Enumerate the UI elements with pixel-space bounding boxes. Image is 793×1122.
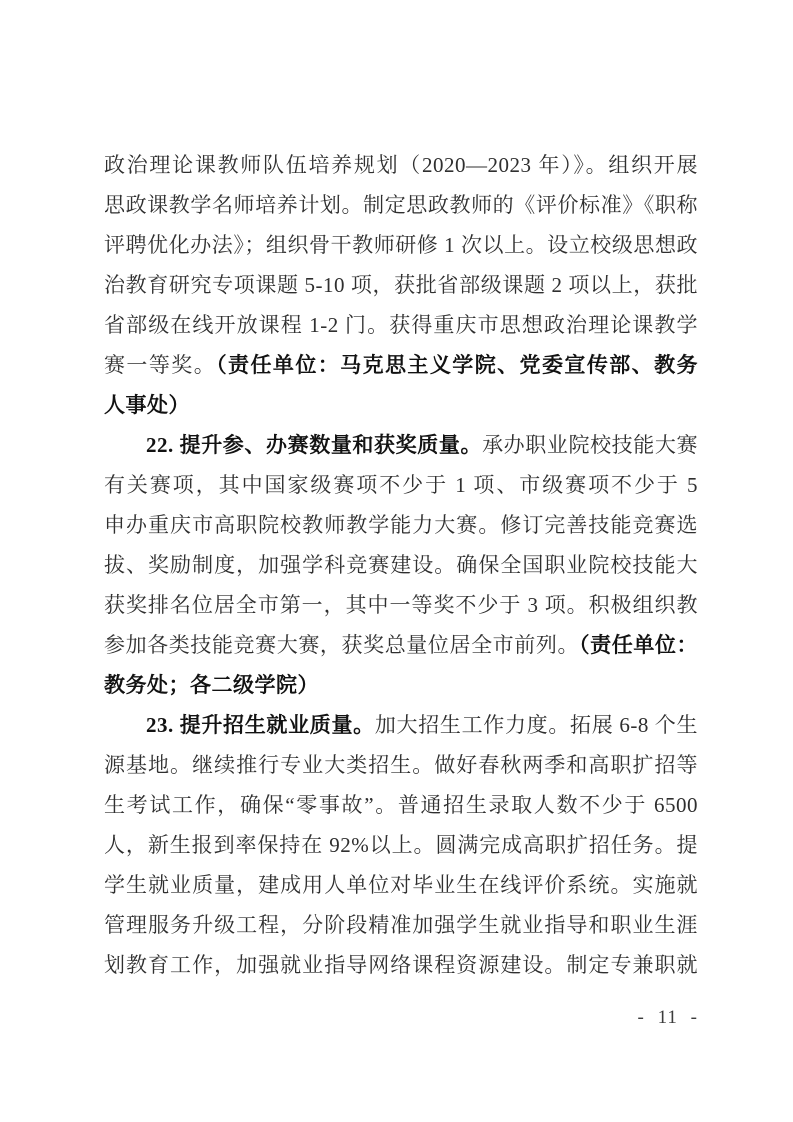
text-line: 思政课教学名师培养计划。制定思政教师的《评价标准》《职称 — [104, 185, 698, 225]
text-line: 有关赛项，其中国家级赛项不少于 1 项、市级赛项不少于 5 项。 — [104, 465, 698, 505]
text-line: 参加各类技能竞赛大赛，获奖总量位居全市前列。（责任单位： — [104, 625, 698, 665]
document-body: 政治理论课教师队伍培养规划（2020—2023 年）》。组织开展思政课教学名师培… — [104, 145, 698, 985]
page-footer: - 11 - — [638, 1004, 698, 1032]
text-segment: 加大招生工作力度。拓展 6-8 个生 — [375, 713, 698, 737]
emphasis-text-segment: 22. 提升参、办赛数量和获奖质量。 — [146, 433, 482, 457]
text-line: 学生就业质量，建成用人单位对毕业生在线评价系统。实施就业 — [104, 865, 698, 905]
text-line: 申办重庆市高职院校教师教学能力大赛。修订完善技能竞赛选 — [104, 505, 698, 545]
emphasis-text-segment: 人事处） — [104, 393, 190, 417]
text-segment: 有关赛项，其中国家级赛项不少于 1 项、市级赛项不少于 5 项。 — [104, 473, 698, 505]
text-line: 人，新生报到率保持在 92%以上。圆满完成高职扩招任务。提升 — [104, 825, 698, 865]
text-segment: 人，新生报到率保持在 92%以上。圆满完成高职扩招任务。提升 — [104, 833, 698, 865]
text-segment: 管理服务升级工程，分阶段精准加强学生就业指导和职业生涯规 — [104, 913, 698, 945]
text-line: 治教育研究专项课题 5-10 项，获批省部级课题 2 项以上，获批 — [104, 265, 698, 305]
text-segment: 生考试工作，确保“零事故”。普通招生录取人数不少于 6500 — [104, 793, 698, 817]
text-line: 划教育工作，加强就业指导网络课程资源建设。制定专兼职就业 — [104, 945, 698, 985]
text-segment: 拔、奖励制度，加强学科竞赛建设。确保全国职业院校技能大赛 — [104, 553, 698, 585]
text-line: 教务处；各二级学院） — [104, 665, 698, 705]
text-segment: 参加各类技能竞赛大赛，获奖总量位居全市前列。 — [104, 633, 579, 657]
text-line: 生考试工作，确保“零事故”。普通招生录取人数不少于 6500 — [104, 785, 698, 825]
emphasis-text-segment: 23. 提升招生就业质量。 — [146, 713, 375, 737]
text-segment: 获奖排名位居全市第一，其中一等奖不少于 3 项。积极组织教师 — [104, 593, 698, 625]
document-page: 政治理论课教师队伍培养规划（2020—2023 年）》。组织开展思政课教学名师培… — [0, 0, 793, 1122]
text-line: 评聘优化办法》；组织骨干教师研修 1 次以上。设立校级思想政 — [104, 225, 698, 265]
text-line: 源基地。继续推行专业大类招生。做好春秋两季和高职扩招等招 — [104, 745, 698, 785]
text-line: 获奖排名位居全市第一，其中一等奖不少于 3 项。积极组织教师 — [104, 585, 698, 625]
text-segment: 政治理论课教师队伍培养规划（2020—2023 年）》。组织开展 — [104, 153, 698, 177]
text-line: 人事处） — [104, 385, 698, 425]
text-segment: 思政课教学名师培养计划。制定思政教师的《评价标准》《职称 — [104, 193, 698, 217]
text-segment: 划教育工作，加强就业指导网络课程资源建设。制定专兼职就业 — [104, 953, 698, 985]
text-segment: 申办重庆市高职院校教师教学能力大赛。修订完善技能竞赛选 — [104, 513, 698, 537]
text-segment: 承办职业院校技能大赛 — [482, 433, 698, 457]
text-segment: 源基地。继续推行专业大类招生。做好春秋两季和高职扩招等招 — [104, 753, 698, 785]
text-line: 政治理论课教师队伍培养规划（2020—2023 年）》。组织开展 — [104, 145, 698, 185]
text-segment: 治教育研究专项课题 5-10 项，获批省部级课题 2 项以上，获批 — [104, 273, 698, 297]
emphasis-text-segment: 教务处；各二级学院） — [104, 673, 319, 697]
text-line: 拔、奖励制度，加强学科竞赛建设。确保全国职业院校技能大赛 — [104, 545, 698, 585]
text-line: 22. 提升参、办赛数量和获奖质量。承办职业院校技能大赛 — [104, 425, 698, 465]
text-line: 23. 提升招生就业质量。加大招生工作力度。拓展 6-8 个生 — [104, 705, 698, 745]
text-segment: 学生就业质量，建成用人单位对毕业生在线评价系统。实施就业 — [104, 873, 698, 905]
text-line: 省部级在线开放课程 1-2 门。获得重庆市思想政治理论课教学比 — [104, 305, 698, 345]
text-line: 赛一等奖。（责任单位：马克思主义学院、党委宣传部、教务处、 — [104, 345, 698, 385]
text-segment: 评聘优化办法》；组织骨干教师研修 1 次以上。设立校级思想政 — [104, 233, 698, 257]
text-line: 管理服务升级工程，分阶段精准加强学生就业指导和职业生涯规 — [104, 905, 698, 945]
emphasis-text-segment: （责任单位： — [579, 633, 698, 657]
text-segment: 赛一等奖。 — [104, 353, 216, 377]
text-segment: 省部级在线开放课程 1-2 门。获得重庆市思想政治理论课教学比 — [104, 313, 698, 345]
page-number: - 11 - — [638, 1007, 698, 1028]
